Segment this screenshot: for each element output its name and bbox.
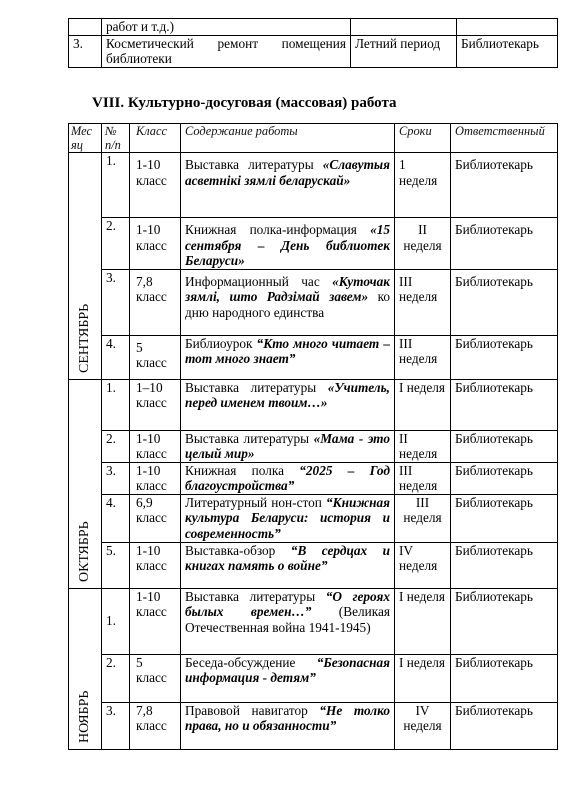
row-responsible: Библиотекарь <box>451 588 558 654</box>
row-content: Выставка литературы «Мама - это целый ми… <box>181 430 395 462</box>
row-number: 1. <box>102 588 130 654</box>
table-row: 2.5 классБеседа-обсуждение “Безопасная и… <box>69 654 558 702</box>
row-period: I неделя <box>395 654 451 702</box>
activity-title: Информационный час <box>185 274 320 289</box>
row-content: Книжная полка-информация «15 сентября – … <box>181 218 395 270</box>
row-class: 1-10 класс <box>130 218 181 270</box>
row-responsible: Библиотекарь <box>451 702 558 749</box>
row-class: 1-10 класс <box>130 542 181 588</box>
row-responsible: Библиотекарь <box>451 379 558 430</box>
row-content: Выставка литературы «Славутыя асветнікі … <box>181 153 395 218</box>
table-header-row: Мес яц № п/п Класс Содержание работы Сро… <box>69 124 558 153</box>
month-cell: ОКТЯБРЬ <box>69 379 102 588</box>
activity-title: Литературный нон-стоп <box>185 495 322 510</box>
activity-title: Выставка литературы <box>185 380 316 395</box>
table-row: 5.1-10 классВыставка-обзор “В сердцах и … <box>69 542 558 588</box>
row-responsible: Библиотекарь <box>451 218 558 270</box>
row-responsible: Библиотекарь <box>451 269 558 335</box>
activity-title: Выставка литературы <box>185 431 309 446</box>
row-period: I неделя <box>395 379 451 430</box>
row-responsible <box>457 19 558 36</box>
row-class: 1–10 класс <box>130 379 181 430</box>
row-number: 5. <box>102 542 130 588</box>
row-class: 5 класс <box>130 654 181 702</box>
row-number: 3. <box>69 35 102 67</box>
table-row: работ и т.д.) <box>69 19 558 36</box>
row-class: 5 класс <box>130 335 181 379</box>
row-class: 7,8 класс <box>130 702 181 749</box>
row-period: 1 неделя <box>395 153 451 218</box>
row-number: 2. <box>102 218 130 270</box>
table-row: СЕНТЯБРЬ1.1-10 классВыставка литературы … <box>69 153 558 218</box>
header-responsible: Ответственный <box>451 124 558 153</box>
table-row: 3. Косметический ремонт помещения библио… <box>69 35 558 67</box>
row-number: 3. <box>102 269 130 335</box>
row-responsible: Библиотекарь <box>451 335 558 379</box>
row-responsible: Библиотекарь <box>451 462 558 494</box>
row-class: 1-10 класс <box>130 153 181 218</box>
row-number: 4. <box>102 335 130 379</box>
row-class: 7,8 класс <box>130 269 181 335</box>
row-class: 1-10 класс <box>130 430 181 462</box>
row-class: 1-10 класс <box>130 588 181 654</box>
row-number: 2. <box>102 430 130 462</box>
row-period <box>351 19 457 36</box>
month-label: НОЯБРЬ <box>78 690 92 742</box>
row-responsible: Библиотекарь <box>451 494 558 542</box>
activities-table: Мес яц № п/п Класс Содержание работы Сро… <box>68 123 558 750</box>
row-number: 1. <box>102 153 130 218</box>
section-title: VIII. Культурно-досуговая (массовая) раб… <box>92 95 397 112</box>
activity-title: Правовой навигатор <box>185 703 308 718</box>
row-responsible: Библиотекарь <box>451 153 558 218</box>
row-period: I неделя <box>395 588 451 654</box>
row-number: 3. <box>102 462 130 494</box>
activity-title: Книжная полка <box>185 463 284 478</box>
row-period: IV неделя <box>395 542 451 588</box>
row-content: Выставка литературы “О героях былых врем… <box>181 588 395 654</box>
activity-title: Беседа-обсуждение <box>185 655 295 670</box>
header-number: № п/п <box>102 124 130 153</box>
row-period: Летний период <box>351 35 457 67</box>
table-row: НОЯБРЬ1.1-10 классВыставка литературы “О… <box>69 588 558 654</box>
month-label: ОКТЯБРЬ <box>78 521 92 582</box>
activity-title: Выставка-обзор <box>185 543 275 558</box>
table-row: 3.1-10 классКнижная полка “2025 – Год бл… <box>69 462 558 494</box>
table-row: 4.6,9 классЛитературный нон-стоп “Книжна… <box>69 494 558 542</box>
row-period: III неделя <box>395 269 451 335</box>
activity-title: Книжная полка-информация <box>185 222 357 237</box>
header-period: Сроки <box>395 124 451 153</box>
row-number: 4. <box>102 494 130 542</box>
table-row: ОКТЯБРЬ1.1–10 классВыставка литературы «… <box>69 379 558 430</box>
row-content: Выставка-обзор “В сердцах и книгах памят… <box>181 542 395 588</box>
row-content: Литературный нон-стоп “Книжная культура … <box>181 494 395 542</box>
row-number: 2. <box>102 654 130 702</box>
row-content: Косметический ремонт помещения библиотек… <box>102 35 351 67</box>
row-period: III неделя <box>395 494 451 542</box>
row-content: Правовой навигатор “Не толко права, но и… <box>181 702 395 749</box>
row-responsible: Библиотекарь <box>451 430 558 462</box>
header-class: Класс <box>130 124 181 153</box>
row-class: 6,9 класс <box>130 494 181 542</box>
row-content: Библиоурок “Кто много читает – тот много… <box>181 335 395 379</box>
header-month: Мес яц <box>69 124 102 153</box>
row-period: II неделя <box>395 218 451 270</box>
row-number: 1. <box>102 379 130 430</box>
table-row: 4.5 классБиблиоурок “Кто много читает – … <box>69 335 558 379</box>
top-table-fragment: работ и т.д.) 3. Косметический ремонт по… <box>68 18 558 68</box>
row-responsible: Библиотекарь <box>457 35 558 67</box>
row-period: III неделя <box>395 335 451 379</box>
row-content: работ и т.д.) <box>102 19 351 36</box>
activity-title: Выставка литературы <box>185 157 314 172</box>
row-content: Выставка литературы «Учитель, перед имен… <box>181 379 395 430</box>
row-number: 3. <box>102 702 130 749</box>
row-period: II неделя <box>395 430 451 462</box>
table-row: 2.1-10 классКнижная полка-информация «15… <box>69 218 558 270</box>
month-cell: СЕНТЯБРЬ <box>69 153 102 380</box>
row-content: Беседа-обсуждение “Безопасная информация… <box>181 654 395 702</box>
row-content: Информационный час «Куточак зямлі, што Р… <box>181 269 395 335</box>
month-cell: НОЯБРЬ <box>69 588 102 749</box>
row-class: 1-10 класс <box>130 462 181 494</box>
row-content: Книжная полка “2025 – Год благоустройств… <box>181 462 395 494</box>
header-content: Содержание работы <box>181 124 395 153</box>
table-row: 3.7,8 классИнформационный час «Куточак з… <box>69 269 558 335</box>
table-row: 2.1-10 классВыставка литературы «Мама - … <box>69 430 558 462</box>
row-number <box>69 19 102 36</box>
row-period: IV неделя <box>395 702 451 749</box>
month-label: СЕНТЯБРЬ <box>78 303 92 372</box>
row-responsible: Библиотекарь <box>451 542 558 588</box>
activity-title: Выставка литературы <box>185 589 315 604</box>
row-period: III неделя <box>395 462 451 494</box>
table-row: 3.7,8 классПравовой навигатор “Не толко … <box>69 702 558 749</box>
row-responsible: Библиотекарь <box>451 654 558 702</box>
activity-title: Библиоурок <box>185 336 252 351</box>
